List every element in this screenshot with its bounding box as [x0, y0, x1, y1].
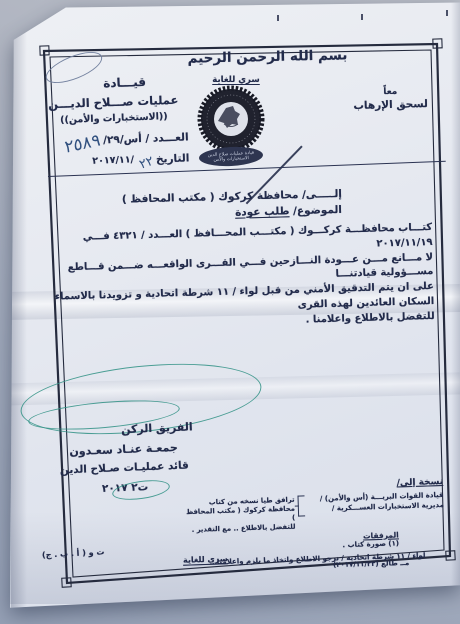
copies-notes: ترافق طيا نسخه من كتاب محافظة كركوك ( مك… [181, 494, 295, 535]
stamp-line-2: الاستخبارات والأمن [213, 156, 249, 163]
motto-line-2: لسحق الإرهاب [343, 98, 438, 112]
photo-background: { "document": { "bismillah": "بسم الله ا… [0, 0, 460, 624]
fold-tick [277, 15, 279, 21]
letterhead-operations: عمليات صـــلاح الديـــن [39, 92, 187, 111]
document-photo: بسم الله الرحمن الرحيم سري للغاية معاً ل… [0, 0, 460, 624]
subject-value: طلب عودة [235, 205, 290, 218]
copies-note-1: ترافق طيا نسخه من كتاب محافظة كركوك ( مك… [182, 495, 296, 526]
fold-tick [361, 14, 363, 20]
brace-connector [297, 495, 305, 516]
footer-classification-label: سري للغاية [183, 554, 228, 565]
motto-line-1: معاً [343, 86, 438, 98]
subject-label: الموضوع/ [293, 204, 342, 217]
motto-block: معاً لسحق الإرهاب [343, 86, 439, 112]
copies-row: قيادة القوات البريـــة (أس والأمن) / مدي… [181, 489, 444, 534]
letterhead-block: قيـــادة عمليات صـــلاح الديـــن ((الاست… [38, 73, 189, 170]
fold-tick [446, 10, 448, 16]
body-paragraph: كتـــاب محافظـــة كركـــوك ( مكتـــب الم… [28, 221, 435, 336]
military-seal-icon [196, 84, 266, 154]
date-printed: /٢٠١٧/١١ [92, 154, 134, 166]
copies-recipients: قيادة القوات البريـــة (أس والأمن) / مدي… [307, 489, 444, 513]
number-label: العـــدد / أس/٢٩/ [103, 131, 189, 146]
document-paper: بسم الله الرحمن الرحيم سري للغاية معاً ل… [0, 0, 460, 624]
letterhead-section: ((الاستخبارات والأمن)) [40, 110, 188, 126]
document-number-row: العـــدد / أس/٢٩/ ٢٥٨٩ [40, 127, 189, 152]
date-label: التاريخ [156, 152, 190, 165]
